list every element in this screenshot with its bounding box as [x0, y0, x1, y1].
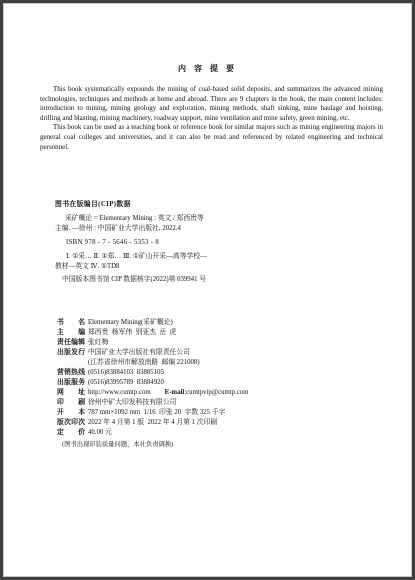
- cip-header: 图书在版编目(CIP)数据: [55, 200, 207, 210]
- info-row-value: 787 mm×1092 mm 1/16 印张 20 字数 325 千字: [88, 408, 225, 418]
- website-url: http://www.cumtp.com: [88, 388, 151, 398]
- info-row-value: 中国矿业大学出版社有限责任公司: [88, 348, 190, 358]
- info-row-label: 营销热线: [57, 368, 85, 378]
- cip-classification-line-2: 教材—英文 Ⅳ. ①TD8: [55, 262, 207, 272]
- info-row-book-title: 书名 Elementary Mining(采矿概论): [57, 318, 248, 328]
- info-row-label: 印刷: [57, 398, 85, 408]
- info-row-price: 定价 40.00 元: [57, 428, 248, 438]
- content-summary-section: This book systematically expounds the mi…: [40, 85, 383, 152]
- cip-isbn-line: ISBN 978 - 7 - 5646 - 5353 - 8: [55, 238, 207, 248]
- summary-title: 内 容 提 要: [0, 63, 415, 74]
- info-row-publisher-address: (江苏省徐州市解放南路 邮编 221008): [57, 358, 248, 368]
- info-row-edition: 版次印次 2022 年 4 月第 1 版 2022 年 4 月第 1 次印刷: [57, 418, 248, 428]
- info-row-value: 徐州中矿大印发科技有限公司: [88, 398, 176, 408]
- cip-classification-line-1: Ⅰ. ①采… Ⅱ. ①郑… Ⅲ. ①矿山开采—高等学校—: [55, 252, 207, 262]
- info-row-website: 网址 http://www.cumtp.com E-mail :cumtpvip…: [57, 388, 248, 398]
- info-row-label: 书名: [57, 318, 85, 328]
- publisher-address-note: (江苏省徐州市解放南路 邮编 221008): [88, 358, 200, 368]
- info-row-publisher: 出版发行 中国矿业大学出版社有限责任公司: [57, 348, 248, 358]
- info-row-label: [57, 358, 85, 368]
- info-row-value: 40.00 元: [88, 428, 112, 438]
- info-row-value: 张红梅: [88, 338, 108, 348]
- publication-info-section: 书名 Elementary Mining(采矿概论) 主编 郑西贵 杨军伟 别亚…: [57, 318, 248, 450]
- info-row-value: Elementary Mining(采矿概论): [88, 318, 173, 328]
- info-row-chief-editors: 主编 郑西贵 杨军伟 别亚杰 岳 虎: [57, 328, 248, 338]
- info-row-format: 开本 787 mm×1092 mm 1/16 印张 20 字数 325 千字: [57, 408, 248, 418]
- cip-title-line-1: 采矿概论 = Elementary Mining : 英文 / 郑西贵等: [55, 214, 207, 224]
- cip-section: 图书在版编目(CIP)数据 采矿概论 = Elementary Mining :…: [55, 200, 207, 285]
- info-row-label: 开本: [57, 408, 85, 418]
- info-row-value: (0516)83995789 83884920: [88, 378, 164, 388]
- book-copyright-page: 内 容 提 要 This book systematically expound…: [0, 0, 415, 580]
- info-row-value: (0516)83884103 83885105: [88, 368, 164, 378]
- info-row-label: 责任编辑: [57, 338, 85, 348]
- info-row-label: 版次印次: [57, 418, 85, 428]
- info-row-responsible-editor: 责任编辑 张红梅: [57, 338, 248, 348]
- summary-paragraph-1: This book systematically expounds the mi…: [40, 85, 383, 123]
- quality-note: (图书出现印装质量问题，本社负责调换): [57, 440, 248, 450]
- info-row-printer: 印刷 徐州中矿大印发科技有限公司: [57, 398, 248, 408]
- info-row-label: 出版发行: [57, 348, 85, 358]
- cip-title-line-2: 主编. —徐州 : 中国矿业大学出版社, 2022.4: [55, 224, 207, 234]
- email-address: :cumtpvip@cumtp.com: [184, 388, 248, 398]
- info-row-value: 2022 年 4 月第 1 版 2022 年 4 月第 1 次印刷: [88, 418, 217, 428]
- info-row-label: 定价: [57, 428, 85, 438]
- info-row-label: 出版服务: [57, 378, 85, 388]
- info-row-label: 主编: [57, 328, 85, 338]
- info-row-publishing-service: 出版服务 (0516)83995789 83884920: [57, 378, 248, 388]
- info-row-label: 网址: [57, 388, 85, 398]
- cip-record-line: 中国版本图书馆 CIP 数据核字(2022)第 039941 号: [55, 275, 207, 285]
- summary-paragraph-2: This book can be used as a teaching book…: [40, 123, 383, 152]
- info-row-value: 郑西贵 杨军伟 别亚杰 岳 虎: [88, 328, 176, 338]
- info-row-marketing-hotline: 营销热线 (0516)83884103 83885105: [57, 368, 248, 378]
- email-label: E-mail: [165, 388, 185, 398]
